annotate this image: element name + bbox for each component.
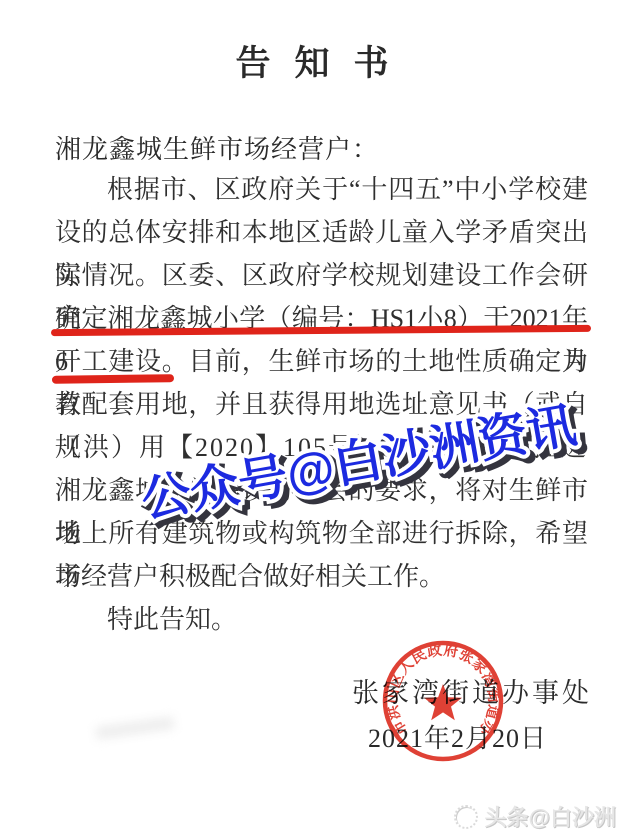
official-seal: 武汉市洪山区人民政府张家湾街道办事处 [376,636,512,770]
body-line: 根据市、区政府关于“十四五”中小学校建 [55,168,588,211]
body-line: 场经营户积极配合做好相关工作。 [55,555,588,598]
body-line: 湘龙鑫城小学建设协调会的要求，将对生鲜市场 [55,469,588,512]
body-line: 育配套用地，并且获得用地选址意见书（武自规 [55,383,588,426]
body-line: 确定湘龙鑫城小学（编号：HS1小8）于2021年6月 [55,297,588,340]
red-underline [51,325,591,336]
logo-icon [454,805,478,829]
scan-smudge [96,717,175,740]
body-line: 地上所有建筑物或构筑物全部进行拆除，希望市 [55,512,588,555]
star-icon [424,684,462,720]
body-line-left-segment: （洪）用【2020】105号） [55,426,384,469]
body-line: 开工建设。目前，生鲜市场的土地性质确定为教 [55,340,588,383]
gray-watermark: 头条@白沙洲 [454,801,616,832]
body-line: 设的总体安排和本地区适龄儿童入学矛盾突出实 [55,211,588,254]
page-title: 告知书 [0,36,624,86]
body-line-right-segment: 关于推进 [476,426,588,469]
body-line: 际情况。区委、区政府学校规划建设工作会研究 [55,254,588,297]
salutation-line: 湘龙鑫城生鲜市场经营户： [55,129,379,166]
body-line: （洪）用【2020】105号）关于推进 [55,426,588,469]
seal-ring-text: 武汉市洪山区人民政府张家湾街道办事处 [376,636,503,739]
body-line: 特此告知。 [55,598,588,641]
body-text: 根据市、区政府关于“十四五”中小学校建设的总体安排和本地区适龄儿童入学矛盾突出实… [55,168,588,641]
notice-document: 告知书 湘龙鑫城生鲜市场经营户： 根据市、区政府关于“十四五”中小学校建设的总体… [0,0,624,837]
gray-watermark-text: 头条@白沙洲 [485,801,616,832]
